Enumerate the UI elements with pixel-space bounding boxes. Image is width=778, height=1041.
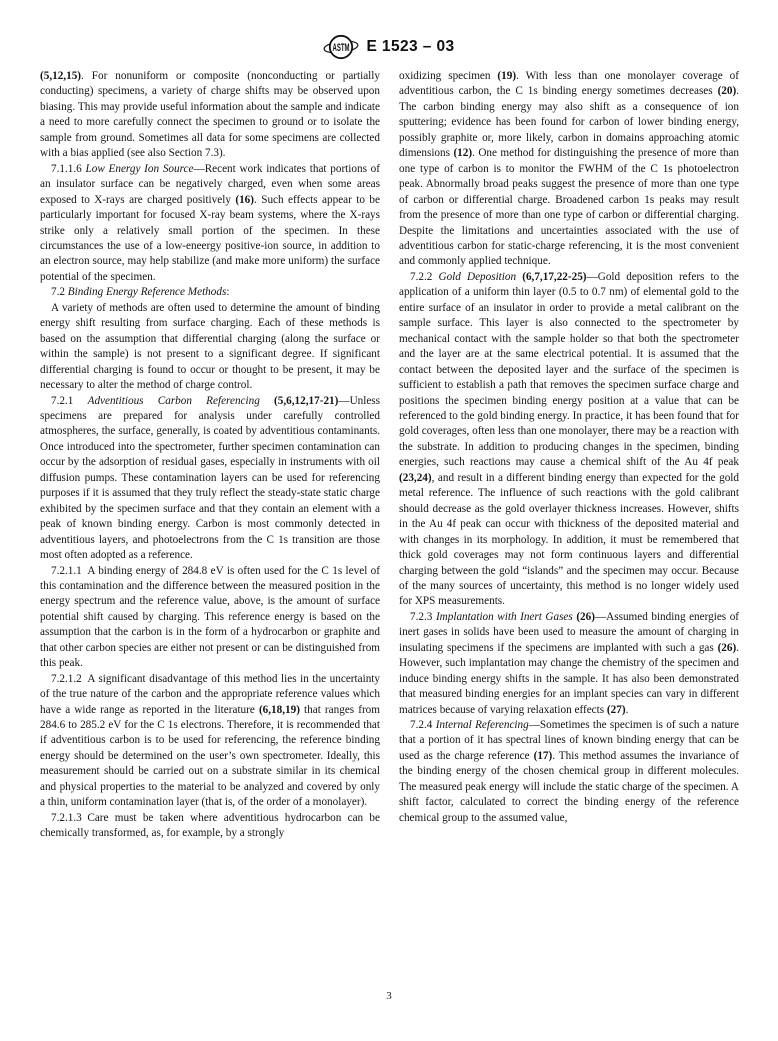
text-run: 7.2.3 [410,611,436,623]
text-run: A variety of methods are often used to d… [40,302,380,391]
page-number: 3 [386,990,392,1002]
paragraph-continuation-oxidizing-specimen: oxidizing specimen (19). With less than … [399,69,739,270]
document-body: (5,12,15). For nonuniform or composite (… [40,69,739,842]
section-7.2-intro: A variety of methods are often used to d… [40,301,380,394]
left-column: (5,12,15). For nonuniform or composite (… [40,69,380,842]
document-number: E 1523 – 03 [366,38,454,56]
text-run: , and result in a different binding ener… [399,472,739,608]
section-7.2.1-adventitious-carbon-referencing: 7.2.1 Adventitious Carbon Referencing (5… [40,394,380,564]
text-run: Gold Deposition [439,271,517,283]
text-run: (23,24) [399,472,432,484]
text-run: (17) [534,750,553,762]
text-run: (6,7,17,22-25) [522,271,586,283]
text-run: Internal Referencing [436,719,529,731]
section-7.2.1.1: 7.2.1.1 A binding energy of 284.8 eV is … [40,564,380,672]
text-run: 7.2.4 [410,719,436,731]
text-run: Adventitious Carbon Referencing [88,395,260,407]
text-run: Low Energy Ion Source [86,163,194,175]
text-run: 7.2.1.1 A binding energy of 284.8 eV is … [40,565,380,670]
text-run: : [226,286,229,298]
section-7.2.4-internal-referencing: 7.2.4 Internal Referencing—Sometimes the… [399,718,739,826]
page-footer: 3 [0,990,778,1002]
section-7.2.2-gold-deposition: 7.2.2 Gold Deposition (6,7,17,22-25)—Gol… [399,270,739,610]
text-run: (5,6,12,17-21) [274,395,338,407]
section-7.2.1.3: 7.2.1.3 Care must be taken where adventi… [40,811,380,842]
text-run: . For nonuniform or composite (nonconduc… [40,70,380,159]
text-run: . Such effects appear to be particularly… [40,194,380,283]
section-7.2-heading: 7.2 Binding Energy Reference Methods: [40,285,380,300]
paragraph-continuation-biasing: (5,12,15). For nonuniform or composite (… [40,69,380,162]
text-run: oxidizing specimen [399,70,497,82]
text-run: (19) [497,70,516,82]
text-run [260,395,274,407]
text-run: . One method for distinguishing the pres… [399,147,739,267]
page-header: ASTM E 1523 – 03 [0,33,778,61]
text-run: (12) [453,147,472,159]
text-run: —Gold deposition refers to the applicati… [399,271,739,468]
text-run: —Unless specimens are prepared for analy… [40,395,380,562]
text-run: (27) [607,704,626,716]
text-run: (26) [718,642,737,654]
section-7.2.1.2: 7.2.1.2 A significant disadvantage of th… [40,672,380,811]
text-run: (26) [576,611,595,623]
text-run: . [626,704,629,716]
text-run: 7.2.1 [51,395,88,407]
text-run: 7.2.1.3 Care must be taken where adventi… [40,812,380,839]
text-run: Binding Energy Reference Methods [68,286,227,298]
section-7.2.3-implantation-with-inert-gases: 7.2.3 Implantation with Inert Gases (26)… [399,610,739,718]
right-column: oxidizing specimen (19). With less than … [399,69,739,842]
text-run: 7.2.2 [410,271,439,283]
text-run: 7.1.1.6 [51,163,86,175]
document-page: ASTM E 1523 – 03 (5,12,15). For nonunifo… [0,0,778,1041]
text-run: that ranges from 284.6 to 285.2 eV for t… [40,704,380,809]
astm-logo-text: ASTM [333,42,350,54]
text-run: Implantation with Inert Gases [436,611,573,623]
section-7.1.1.6-low-energy-ion-source: 7.1.1.6 Low Energy Ion Source—Recent wor… [40,162,380,286]
text-run: (16) [235,194,254,206]
astm-logo-icon: ASTM [323,33,359,61]
text-run: (6,18,19) [259,704,300,716]
text-run: (20) [718,85,737,97]
text-run: 7.2 [51,286,68,298]
text-run: (5,12,15) [40,70,81,82]
